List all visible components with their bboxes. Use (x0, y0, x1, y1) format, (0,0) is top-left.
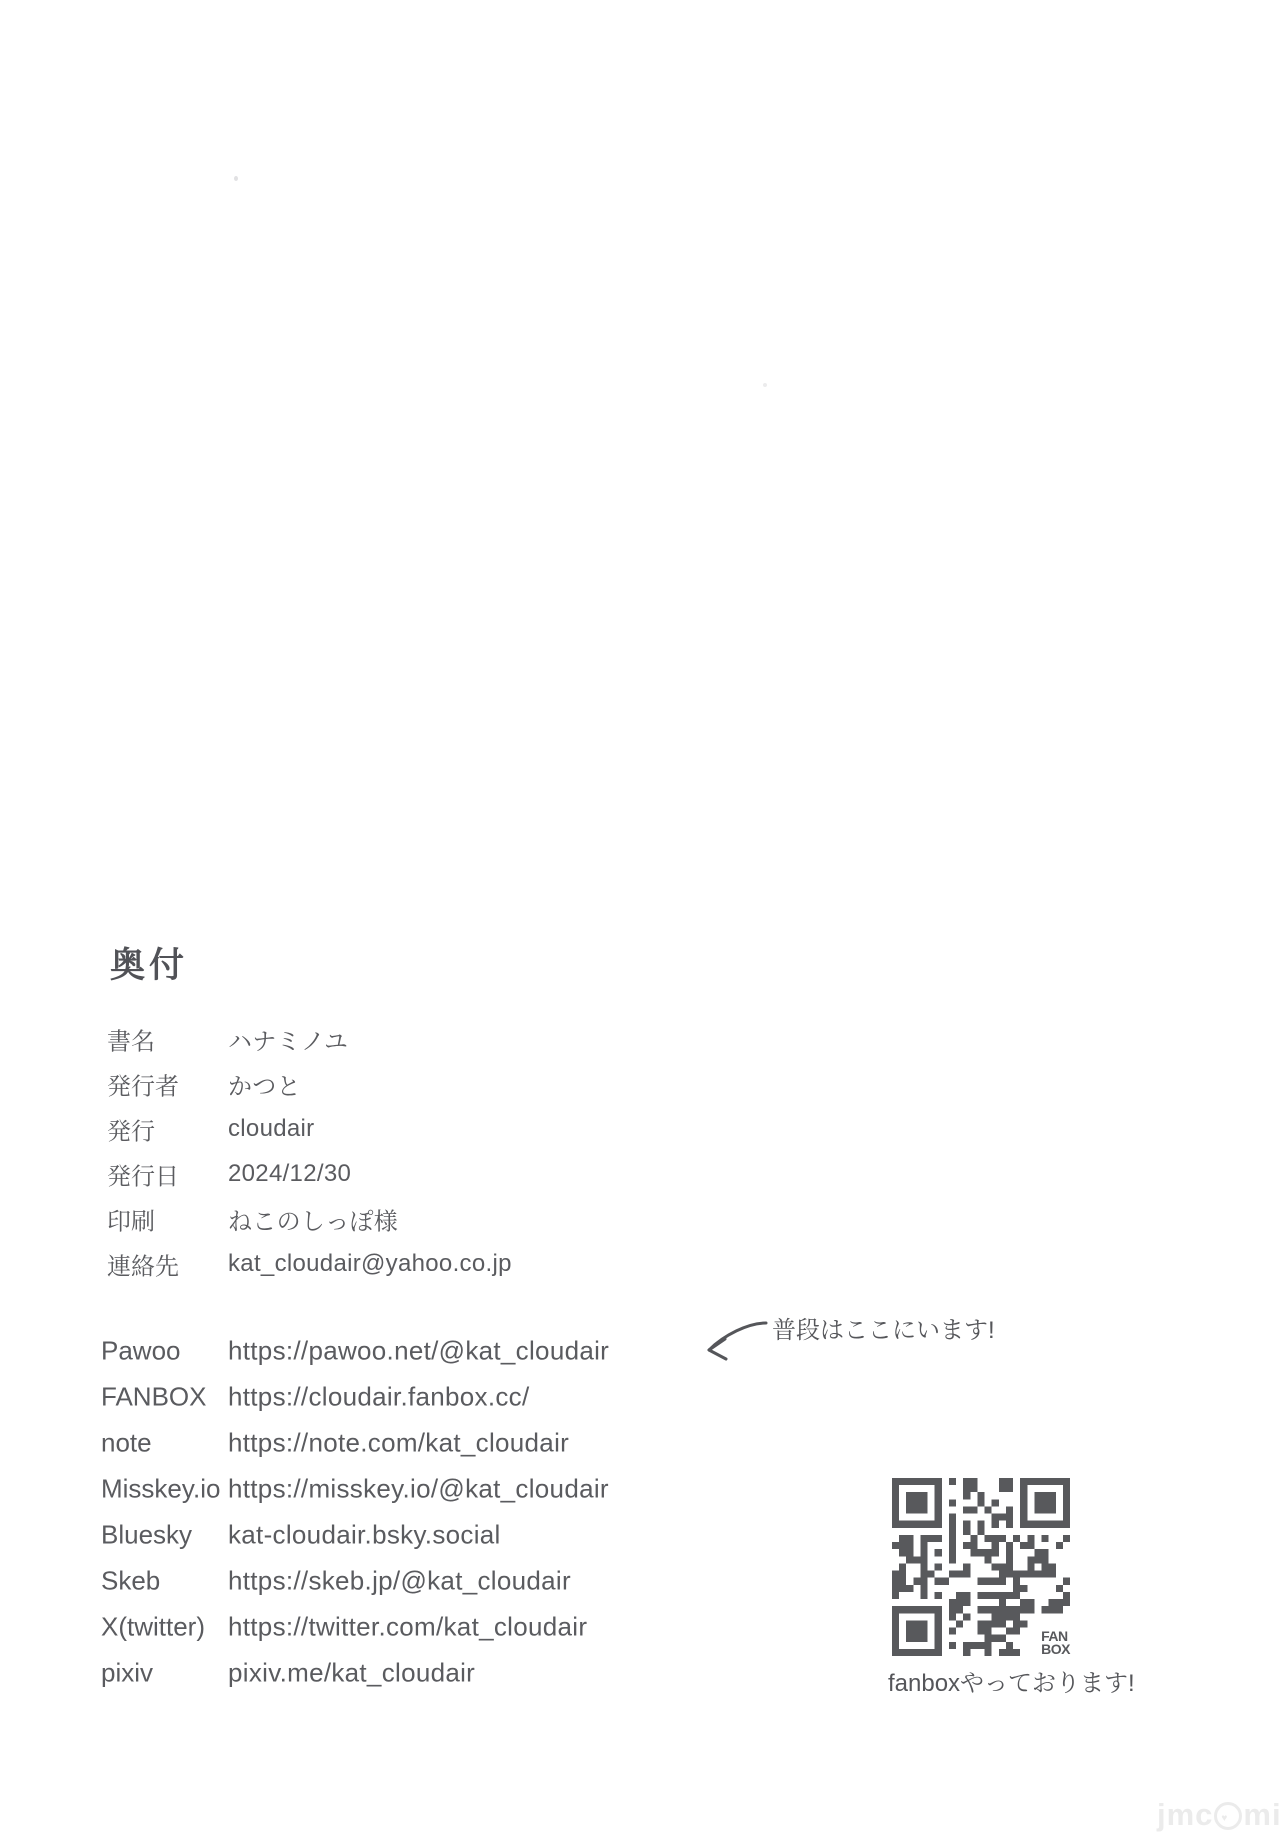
jmcomic-watermark: jmc ♥ mic (1157, 1797, 1280, 1833)
info-label: 連絡先 (107, 1246, 179, 1281)
link-url: pixiv.me/kat_cloudair (228, 1658, 475, 1689)
link-label: Skeb (101, 1566, 160, 1597)
info-row-contact: 連絡先 kat_cloudair@yahoo.co.jp (107, 1241, 847, 1286)
info-row-publisher: 発行 cloudair (107, 1106, 847, 1151)
info-label: 発行者 (107, 1066, 179, 1101)
link-url: https://pawoo.net/@kat_cloudair (228, 1336, 609, 1367)
link-url: https://twitter.com/kat_cloudair (228, 1612, 587, 1643)
social-links-list: Pawoo https://pawoo.net/@kat_cloudair FA… (101, 1328, 841, 1696)
link-row-bluesky: Bluesky kat-cloudair.bsky.social (101, 1512, 841, 1558)
scan-dust-speck (234, 176, 238, 181)
fanbox-logo-line2: BOX (1041, 1643, 1070, 1656)
link-url: https://cloudair.fanbox.cc/ (228, 1382, 530, 1413)
link-label: Misskey.io (101, 1474, 220, 1505)
info-label: 印刷 (107, 1201, 155, 1236)
handwritten-note: 普段はここにいます! (772, 1310, 995, 1345)
info-value: kat_cloudair@yahoo.co.jp (228, 1250, 512, 1278)
link-row-twitter: X(twitter) https://twitter.com/kat_cloud… (101, 1604, 841, 1650)
link-label: FANBOX (101, 1382, 206, 1413)
info-value: ハナミノユ (228, 1021, 348, 1056)
watermark-text-left: jmc (1157, 1797, 1213, 1833)
scan-dust-speck (763, 383, 767, 387)
fanbox-logo: FAN BOX (1037, 1628, 1070, 1656)
publication-info-list: 書名 ハナミノユ 発行者 かつと 発行 cloudair 発行日 2024/12… (107, 1016, 847, 1286)
info-label: 書名 (107, 1021, 155, 1056)
link-row-pixiv: pixiv pixiv.me/kat_cloudair (101, 1650, 841, 1696)
link-row-note: note https://note.com/kat_cloudair (101, 1420, 841, 1466)
link-row-misskey: Misskey.io https://misskey.io/@kat_cloud… (101, 1466, 841, 1512)
fanbox-qr-code: FAN BOX (892, 1478, 1070, 1657)
link-label: Pawoo (101, 1336, 181, 1367)
info-value: 2024/12/30 (228, 1160, 351, 1188)
link-row-skeb: Skeb https://skeb.jp/@kat_cloudair (101, 1558, 841, 1604)
pufferfish-icon: ♥ (1214, 1802, 1242, 1830)
link-row-fanbox: FANBOX https://cloudair.fanbox.cc/ (101, 1374, 841, 1420)
link-label: X(twitter) (101, 1612, 205, 1643)
info-value: ねこのしっぽ様 (228, 1201, 398, 1236)
link-url: https://misskey.io/@kat_cloudair (228, 1474, 609, 1505)
curved-arrow-icon (700, 1316, 772, 1364)
link-label: note (101, 1428, 152, 1459)
link-label: pixiv (101, 1658, 153, 1689)
colophon-page: 奥付 書名 ハナミノユ 発行者 かつと 発行 cloudair 発行日 2024… (0, 0, 1280, 1838)
info-row-title: 書名 ハナミノユ (107, 1016, 847, 1061)
info-label: 発行日 (107, 1156, 179, 1191)
link-url: kat-cloudair.bsky.social (228, 1520, 501, 1551)
page-title: 奥付 (110, 938, 188, 988)
link-label: Bluesky (101, 1520, 192, 1551)
link-url: https://note.com/kat_cloudair (228, 1428, 569, 1459)
info-value: かつと (228, 1066, 301, 1101)
info-row-author: 発行者 かつと (107, 1061, 847, 1106)
link-url: https://skeb.jp/@kat_cloudair (228, 1566, 571, 1597)
info-label: 発行 (107, 1111, 155, 1146)
info-value: cloudair (228, 1115, 314, 1143)
info-row-printer: 印刷 ねこのしっぽ様 (107, 1196, 847, 1241)
info-row-date: 発行日 2024/12/30 (107, 1151, 847, 1196)
watermark-text-right: mic (1243, 1797, 1280, 1833)
qr-caption: fanboxやっております! (888, 1663, 1135, 1698)
